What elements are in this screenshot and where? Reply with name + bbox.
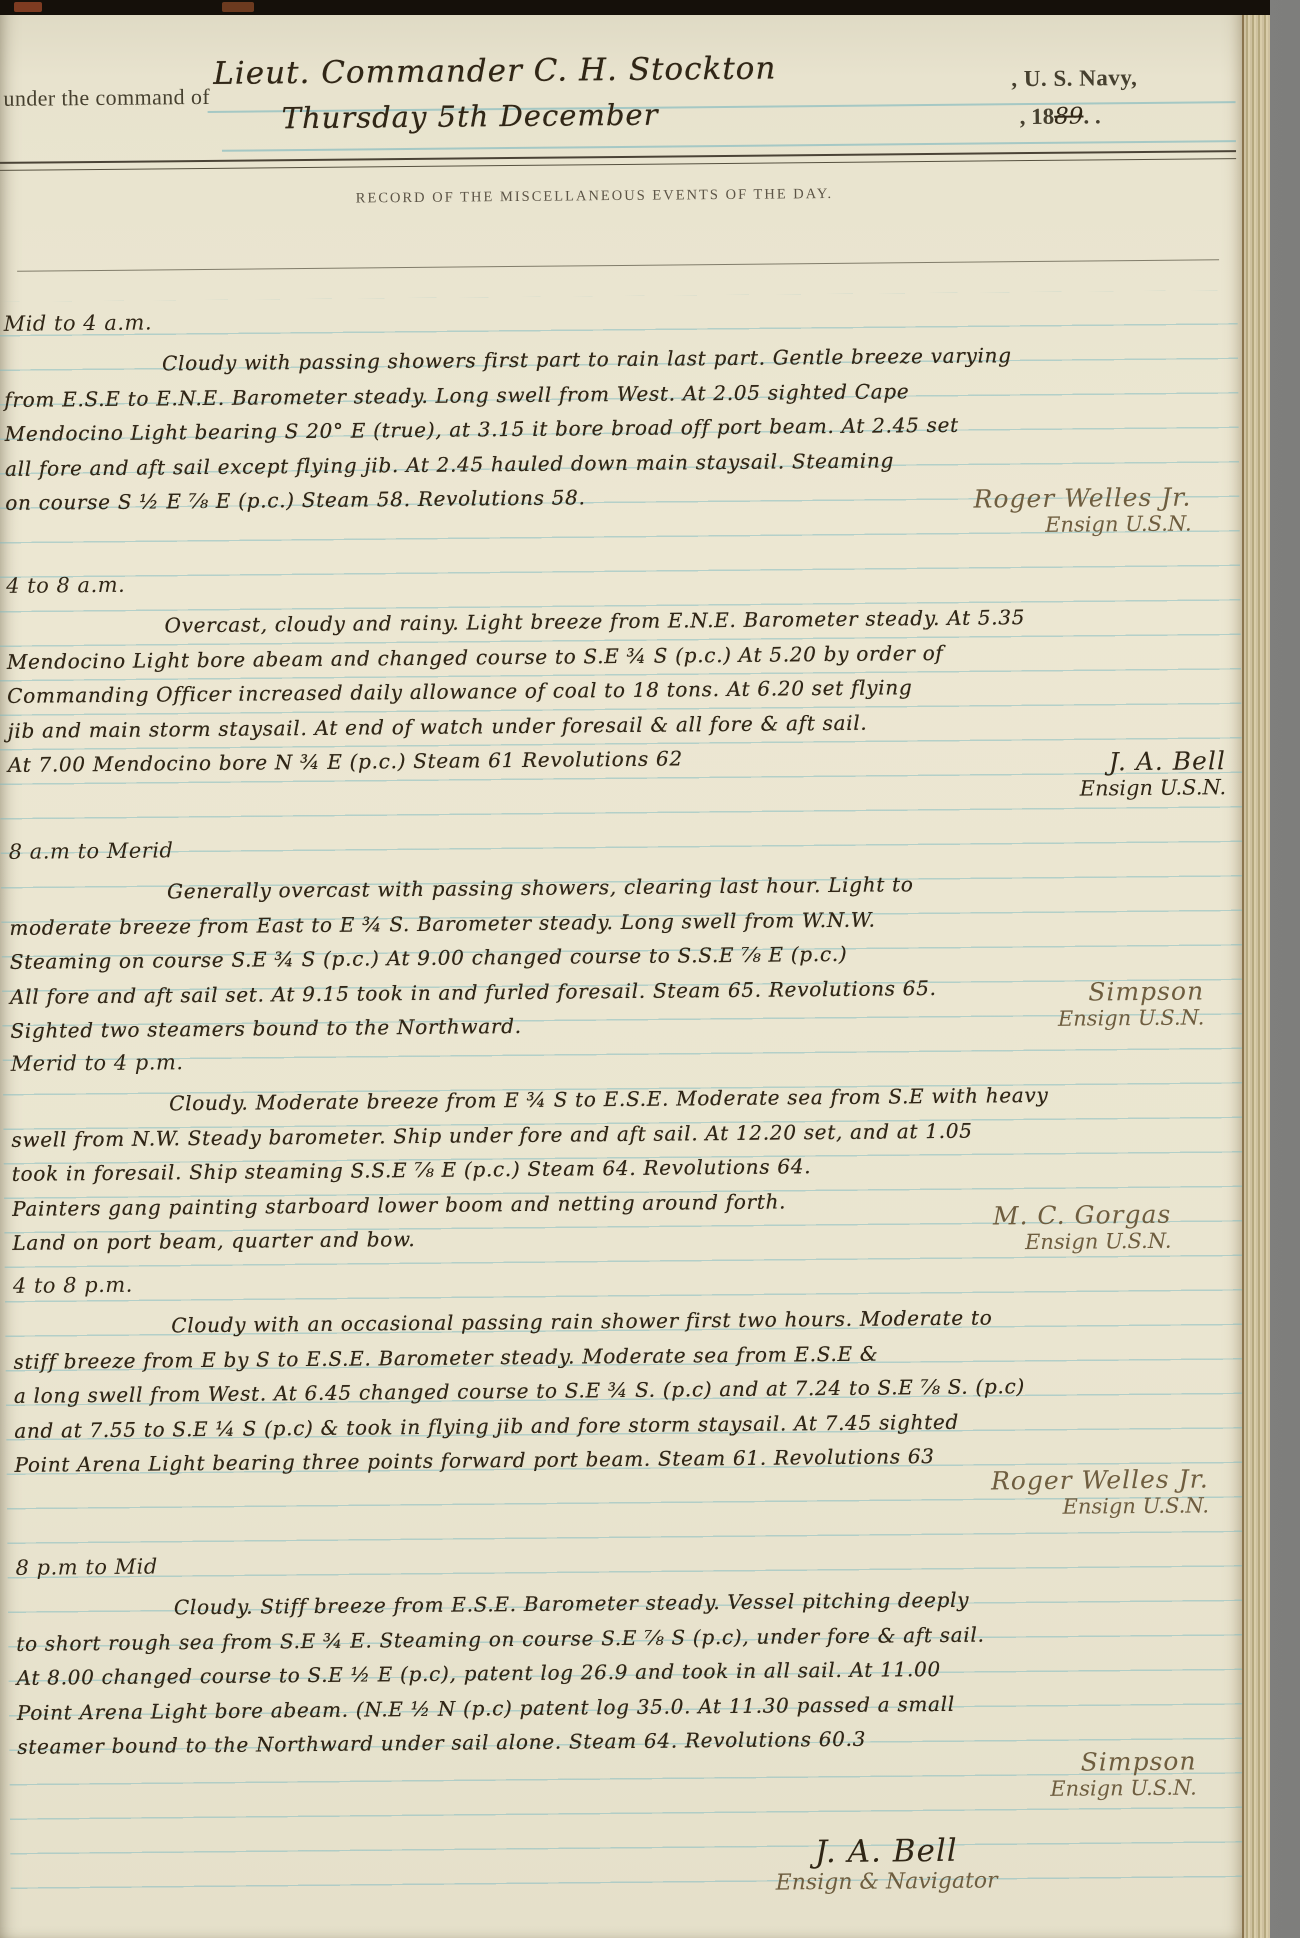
signature-rank: Ensign & Navigator bbox=[776, 1868, 998, 1895]
signature-name: Simpson bbox=[1057, 976, 1204, 1006]
log-entry-4-to-8pm: 4 to 8 p.m. Cloudy with an occasional pa… bbox=[13, 1262, 1242, 1482]
year-line: , 1889. . bbox=[1020, 103, 1101, 130]
signature-rank: Ensign U.S.N. bbox=[991, 1493, 1209, 1519]
command-line-prefix: under the command of bbox=[3, 84, 210, 112]
watch-signature: M. C. Gorgas Ensign U.S.N. bbox=[993, 1200, 1172, 1255]
signature-rank: Ensign U.S.N. bbox=[1050, 1776, 1197, 1801]
navigator-signature: J. A. Bell Ensign & Navigator bbox=[775, 1832, 998, 1895]
signature-name: J. A. Bell bbox=[775, 1832, 997, 1870]
top-edge-band bbox=[0, 0, 1270, 15]
year-printed: , 18 bbox=[1020, 104, 1055, 129]
watch-signature: Simpson Ensign U.S.N. bbox=[1057, 976, 1204, 1030]
year-script: 89 bbox=[1054, 104, 1084, 130]
navy-label: , U. S. Navy, bbox=[1011, 65, 1137, 92]
signature-rank: Ensign U.S.N. bbox=[993, 1229, 1172, 1255]
signature-name: Roger Welles Jr. bbox=[991, 1464, 1209, 1495]
log-entry-8am-to-merid: 8 a.m to Merid Generally overcast with p… bbox=[9, 828, 1239, 1048]
date-script: Thursday 5th December bbox=[282, 98, 659, 136]
logbook-page: under the command of Lieut. Commander C.… bbox=[0, 0, 1242, 1938]
signature-rank: Ensign U.S.N. bbox=[974, 512, 1192, 538]
edge-mark bbox=[222, 2, 254, 12]
record-caption: RECORD OF THE MISCELLANEOUS EVENTS OF TH… bbox=[0, 182, 1194, 211]
watch-signature: Roger Welles Jr. Ensign U.S.N. bbox=[973, 483, 1191, 538]
commander-name-script: Lieut. Commander C. H. Stockton bbox=[213, 50, 776, 91]
signature-name: Roger Welles Jr. bbox=[973, 483, 1191, 514]
signature-name: J. A. Bell bbox=[1079, 746, 1226, 776]
watch-signature: Roger Welles Jr. Ensign U.S.N. bbox=[991, 1464, 1209, 1519]
log-entry-8pm-to-mid: 8 p.m to Mid Cloudy. Stiff breeze from E… bbox=[15, 1544, 1242, 1764]
watch-signature: Simpson Ensign U.S.N. bbox=[1050, 1747, 1197, 1801]
double-rule bbox=[0, 150, 1236, 171]
page-sheet: under the command of Lieut. Commander C.… bbox=[0, 0, 1242, 1938]
edge-mark bbox=[14, 2, 42, 12]
signature-name: Simpson bbox=[1050, 1747, 1197, 1777]
book-fore-edge bbox=[1242, 10, 1270, 1938]
signature-rank: Ensign U.S.N. bbox=[1080, 775, 1227, 800]
watch-signature: J. A. Bell Ensign U.S.N. bbox=[1079, 746, 1226, 800]
thin-rule bbox=[17, 259, 1219, 272]
signature-name: M. C. Gorgas bbox=[993, 1200, 1172, 1231]
header-rule-line-2 bbox=[222, 140, 1236, 151]
signature-rank: Ensign U.S.N. bbox=[1058, 1005, 1205, 1030]
log-entry-4-to-8am: 4 to 8 a.m. Overcast, cloudy and rainy. … bbox=[6, 562, 1236, 782]
year-dots: . . bbox=[1083, 103, 1100, 128]
